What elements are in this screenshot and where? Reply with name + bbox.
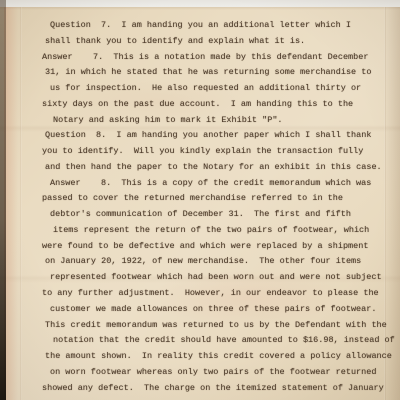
document-line: represented footwear which had been worn… xyxy=(50,270,396,286)
document-line: Question 8. I am handing you another pap… xyxy=(45,128,396,144)
document-line: Answer 8. This is a copy of the credit m… xyxy=(50,176,396,192)
photo-background: Question 7. I am handing you an addition… xyxy=(0,0,400,400)
document-line: customer we made allowances on three of … xyxy=(50,302,396,318)
document-line: items represent the return of the two pa… xyxy=(53,223,396,239)
document-line: to any further adjustment. However, in o… xyxy=(42,286,396,302)
document-line: shall thank you to identify and explain … xyxy=(45,34,396,50)
document-page: Question 7. I am handing you an addition… xyxy=(0,7,400,400)
document-line: you to identify. Will you kindly explain… xyxy=(42,144,396,160)
document-line: Question 7. I am handing you an addition… xyxy=(50,18,396,34)
paper-left-worn-band xyxy=(4,7,18,400)
document-line: 31, in which he stated that he was retur… xyxy=(45,65,396,81)
document-line: and then hand the paper to the Notary fo… xyxy=(45,160,396,176)
document-line: were found to be defective and which wer… xyxy=(42,239,396,255)
document-line: the amount shown. In reality this credit… xyxy=(45,349,396,365)
document-line: on worn footwear whereas only two pairs … xyxy=(50,365,396,381)
document-line: sixty days on the past due account. I am… xyxy=(42,97,396,113)
document-line: This credit memorandum was returned to u… xyxy=(45,318,396,334)
document-line: debtor's communication of December 31. T… xyxy=(50,207,396,223)
document-text: Question 7. I am handing you an addition… xyxy=(50,18,396,396)
document-line: on January 20, 1922, of new merchandise.… xyxy=(45,254,396,270)
document-line: passed to cover the returned merchandise… xyxy=(42,191,396,207)
document-line: us for inspection. He also requested an … xyxy=(50,81,396,97)
document-line: showed any defect. The charge on the ite… xyxy=(42,381,396,397)
document-line: notation that the credit should have amo… xyxy=(53,333,396,349)
document-line: Answer 7. This is a notation made by thi… xyxy=(42,50,396,66)
document-line: Notary and asking him to mark it Exhibit… xyxy=(53,113,396,129)
photo-left-edge-shadow xyxy=(0,0,6,400)
paper-left-fold-line xyxy=(20,7,22,400)
